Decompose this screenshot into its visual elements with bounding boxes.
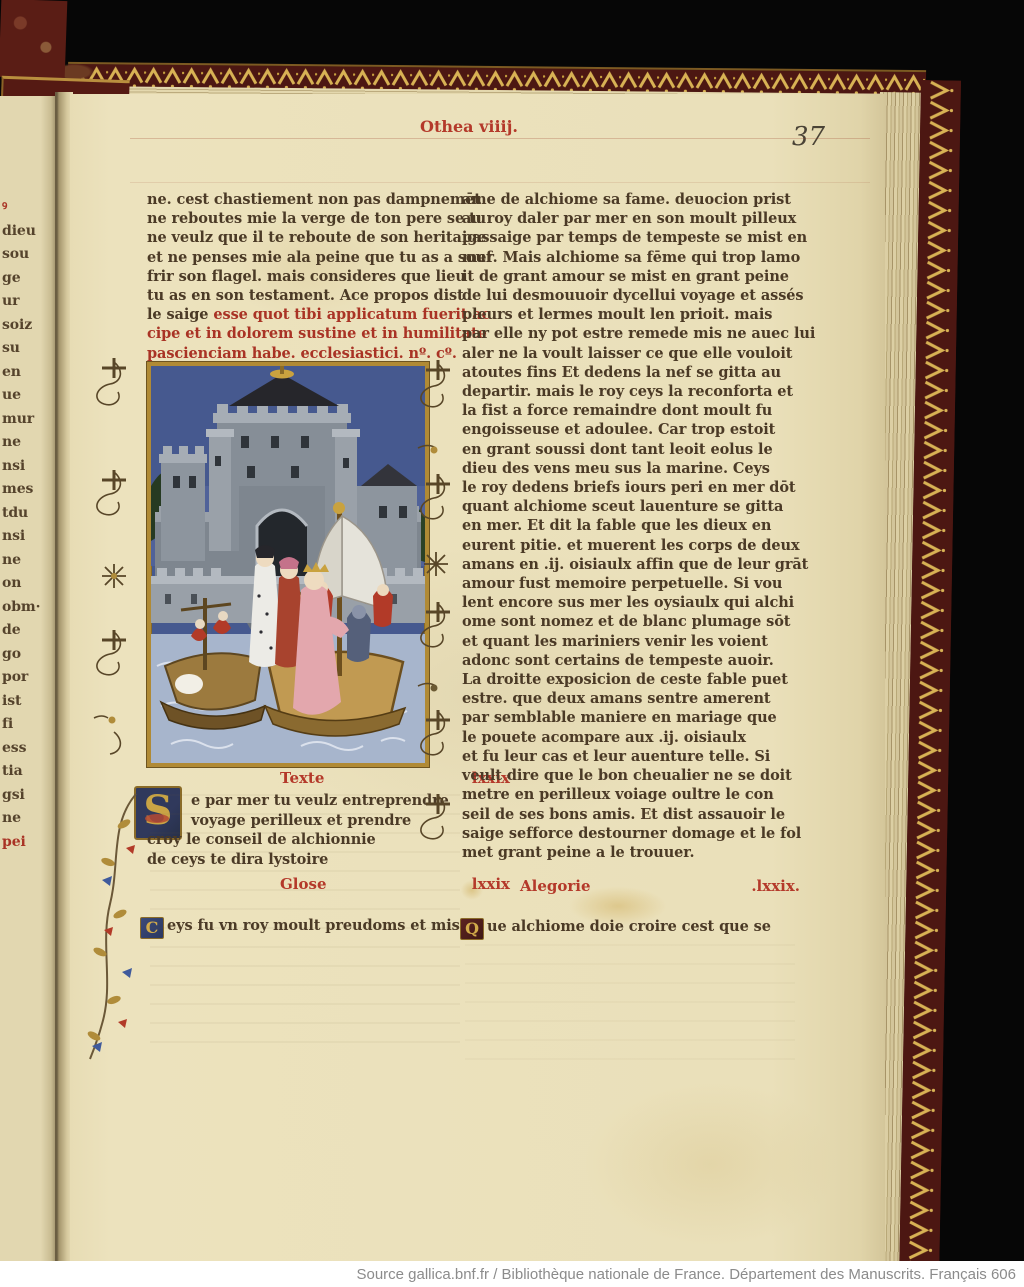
text-line: pei [2, 831, 50, 855]
running-title: Othea viiij. [420, 118, 518, 136]
text-line: obm· [2, 596, 50, 620]
rubric-allegorie-number: .lxxix. [751, 876, 800, 896]
text-line: quant alchiome sceut lauenture se gitta [462, 497, 802, 516]
binding-corner-top-right [0, 0, 67, 79]
text-line: mes [2, 478, 50, 502]
text-line: saige sefforce destourner domage et le f… [462, 824, 802, 843]
left-margin-flourishes [84, 352, 132, 772]
text-line: tia [2, 760, 50, 784]
ruling-line [130, 182, 870, 183]
text-line: de lui desmouuoir dycellui voyage et ass… [462, 286, 802, 305]
text-line: gsi [2, 784, 50, 808]
text-line: le saige esse quot tibi applicatum fueri… [147, 305, 469, 324]
text-line: par semblable maniere en mariage que [462, 708, 802, 727]
text-line: soiz [2, 314, 50, 338]
text-line: tu as en son testament. Ace propos dist [147, 286, 469, 305]
text-line: ne. cest chastiement non pas dampnemēt [147, 190, 469, 209]
text-line: en grant soussi dont tant leoit eolus le [462, 440, 802, 459]
text-line: on [2, 572, 50, 596]
text-line: ne reboutes mie la verge de ton pere se … [147, 209, 469, 228]
text-line: ist [2, 690, 50, 714]
text-line: le roy dedens briefs iours peri en mer d… [462, 478, 802, 497]
text-line: mer. Mais alchiome sa fēme qui trop lam… [462, 248, 802, 267]
center-margin-flourishes [404, 356, 460, 856]
text-line: dieu des vens meu sus la marine. Ceys [462, 459, 802, 478]
text-line: en mer. Et dit la fable que les dieux en [462, 516, 802, 535]
text-line: dieu [2, 220, 50, 244]
text-line: passaige par temps de tempeste se mist e… [462, 228, 802, 247]
text-line: et fu leur cas et leur auenture telle. S… [462, 747, 802, 766]
text-line: ne [2, 549, 50, 573]
show-through-text [465, 944, 795, 1064]
text-line: ue [2, 384, 50, 408]
text-line: nsi [2, 525, 50, 549]
text-line: departir. mais le roy ceys la reconforta… [462, 382, 802, 401]
allegorie-first-line: Que alchiome doie croire cest que se [460, 917, 800, 940]
text-line: et quant les mariniers venir les voient [462, 632, 802, 651]
text-line: la fist a force remaindre dont moult fu [462, 401, 802, 420]
text-line: eurent pitie. et muerent les corps de de… [462, 536, 802, 555]
text-line: metre en perilleux voiage oultre le con [462, 785, 802, 804]
text-line: veult dire que le bon cheualier ne se do… [462, 766, 802, 785]
text-line: en [2, 361, 50, 385]
text-line: por [2, 666, 50, 690]
text-line: go [2, 643, 50, 667]
text-line: le pouete acompare aux .ij. oisiaulx [462, 728, 802, 747]
text-line: it de grant amour se mist en grant peine [462, 267, 802, 286]
text-line: ne [2, 431, 50, 455]
text-line: met grant peine a le trouuer. [462, 843, 802, 862]
text-line: sou [2, 243, 50, 267]
text-line: ꝰ [2, 196, 50, 220]
text-line: ur [2, 290, 50, 314]
allegorie-line-text: ue alchiome doie croire cest que se [487, 918, 771, 935]
left-column-text: ne. cest chastiement non pas dampnemētne… [147, 190, 469, 363]
text-line: estre. que deux amans sentre amerent [462, 689, 802, 708]
castle-and-ships-scene [151, 366, 425, 763]
right-column-text: ame de alchiome sa fame. deuocion prista… [462, 190, 802, 862]
rubric-allegorie: Alegorie .lxxix. [520, 876, 800, 896]
text-line: ome sont nomez et de blanc plumage sōt [462, 612, 802, 631]
folio-number: 37 [792, 124, 825, 150]
gallica-source-text: Source gallica.bnf.fr / Bibliothèque nat… [356, 1266, 1016, 1283]
ruling-line [130, 138, 870, 139]
initial-q: Q [460, 918, 484, 940]
text-line: adonc sont certains de tempeste auoir. [462, 651, 802, 670]
text-line: atoutes fins Et dedens la nef se gitta a… [462, 363, 802, 382]
text-line: par elle ny pot estre remede mis ne auec… [462, 324, 802, 343]
text-line: amour fust memoire perpetuelle. Si vou [462, 574, 802, 593]
text-line: su [2, 337, 50, 361]
text-line: La droitte exposicion de ceste fable pue… [462, 670, 802, 689]
text-line: de [2, 619, 50, 643]
margin-vine-spray [80, 784, 150, 1074]
text-line: ess [2, 737, 50, 761]
text-line: ame de alchiome sa fame. deuocion prist [462, 190, 802, 209]
text-line: ne [2, 807, 50, 831]
text-line: nsi [2, 455, 50, 479]
manuscript-page: Othea viiij. 37 ne. cest chastiement non… [70, 94, 885, 1262]
rubric-glose-number: lxxix [472, 874, 510, 894]
text-line: ne veulz que il te reboute de son herita… [147, 228, 469, 247]
text-line: ge [2, 267, 50, 291]
text-line: engoisseuse et adoulee. Car trop estoit [462, 420, 802, 439]
text-line: au roy daler par mer en son moult pilleu… [462, 209, 802, 228]
text-line: lent encore sus mer les oysiaulx qui alc… [462, 593, 802, 612]
text-line: cipe et in dolorem sustine et in humilit… [147, 324, 469, 343]
text-line: amans en .ij. oisiaulx affin que de leur… [462, 555, 802, 574]
rubric-allegorie-label: Alegorie [520, 876, 591, 896]
facing-page-text-fragments: ꝰdieusougeursoizsuenuemurnensimestdunsin… [0, 196, 50, 854]
text-line: fi [2, 713, 50, 737]
text-line: aler ne la voult laisser ce que elle vou… [462, 344, 802, 363]
facing-page-edge: ꝰdieusougeursoizsuenuemurnensimestdunsin… [0, 96, 58, 1262]
gallica-caption-bar: Source gallica.bnf.fr / Bibliothèque nat… [0, 1261, 1024, 1287]
text-line: pleurs et lermes moult len prioit. mais [462, 305, 802, 324]
text-line: seil de ses bons amis. Et dist assauoir … [462, 805, 802, 824]
text-line: frir son flagel. mais consideres que lie… [147, 267, 469, 286]
manuscript-photograph: ꝰdieusougeursoizsuenuemurnensimestdunsin… [0, 0, 1024, 1287]
text-line: tdu [2, 502, 50, 526]
miniature-illumination [147, 362, 429, 767]
text-line: mur [2, 408, 50, 432]
rubric-texte-label: Texte [280, 768, 324, 788]
text-line: et ne penses mie ala peine que tu as a s… [147, 248, 469, 267]
